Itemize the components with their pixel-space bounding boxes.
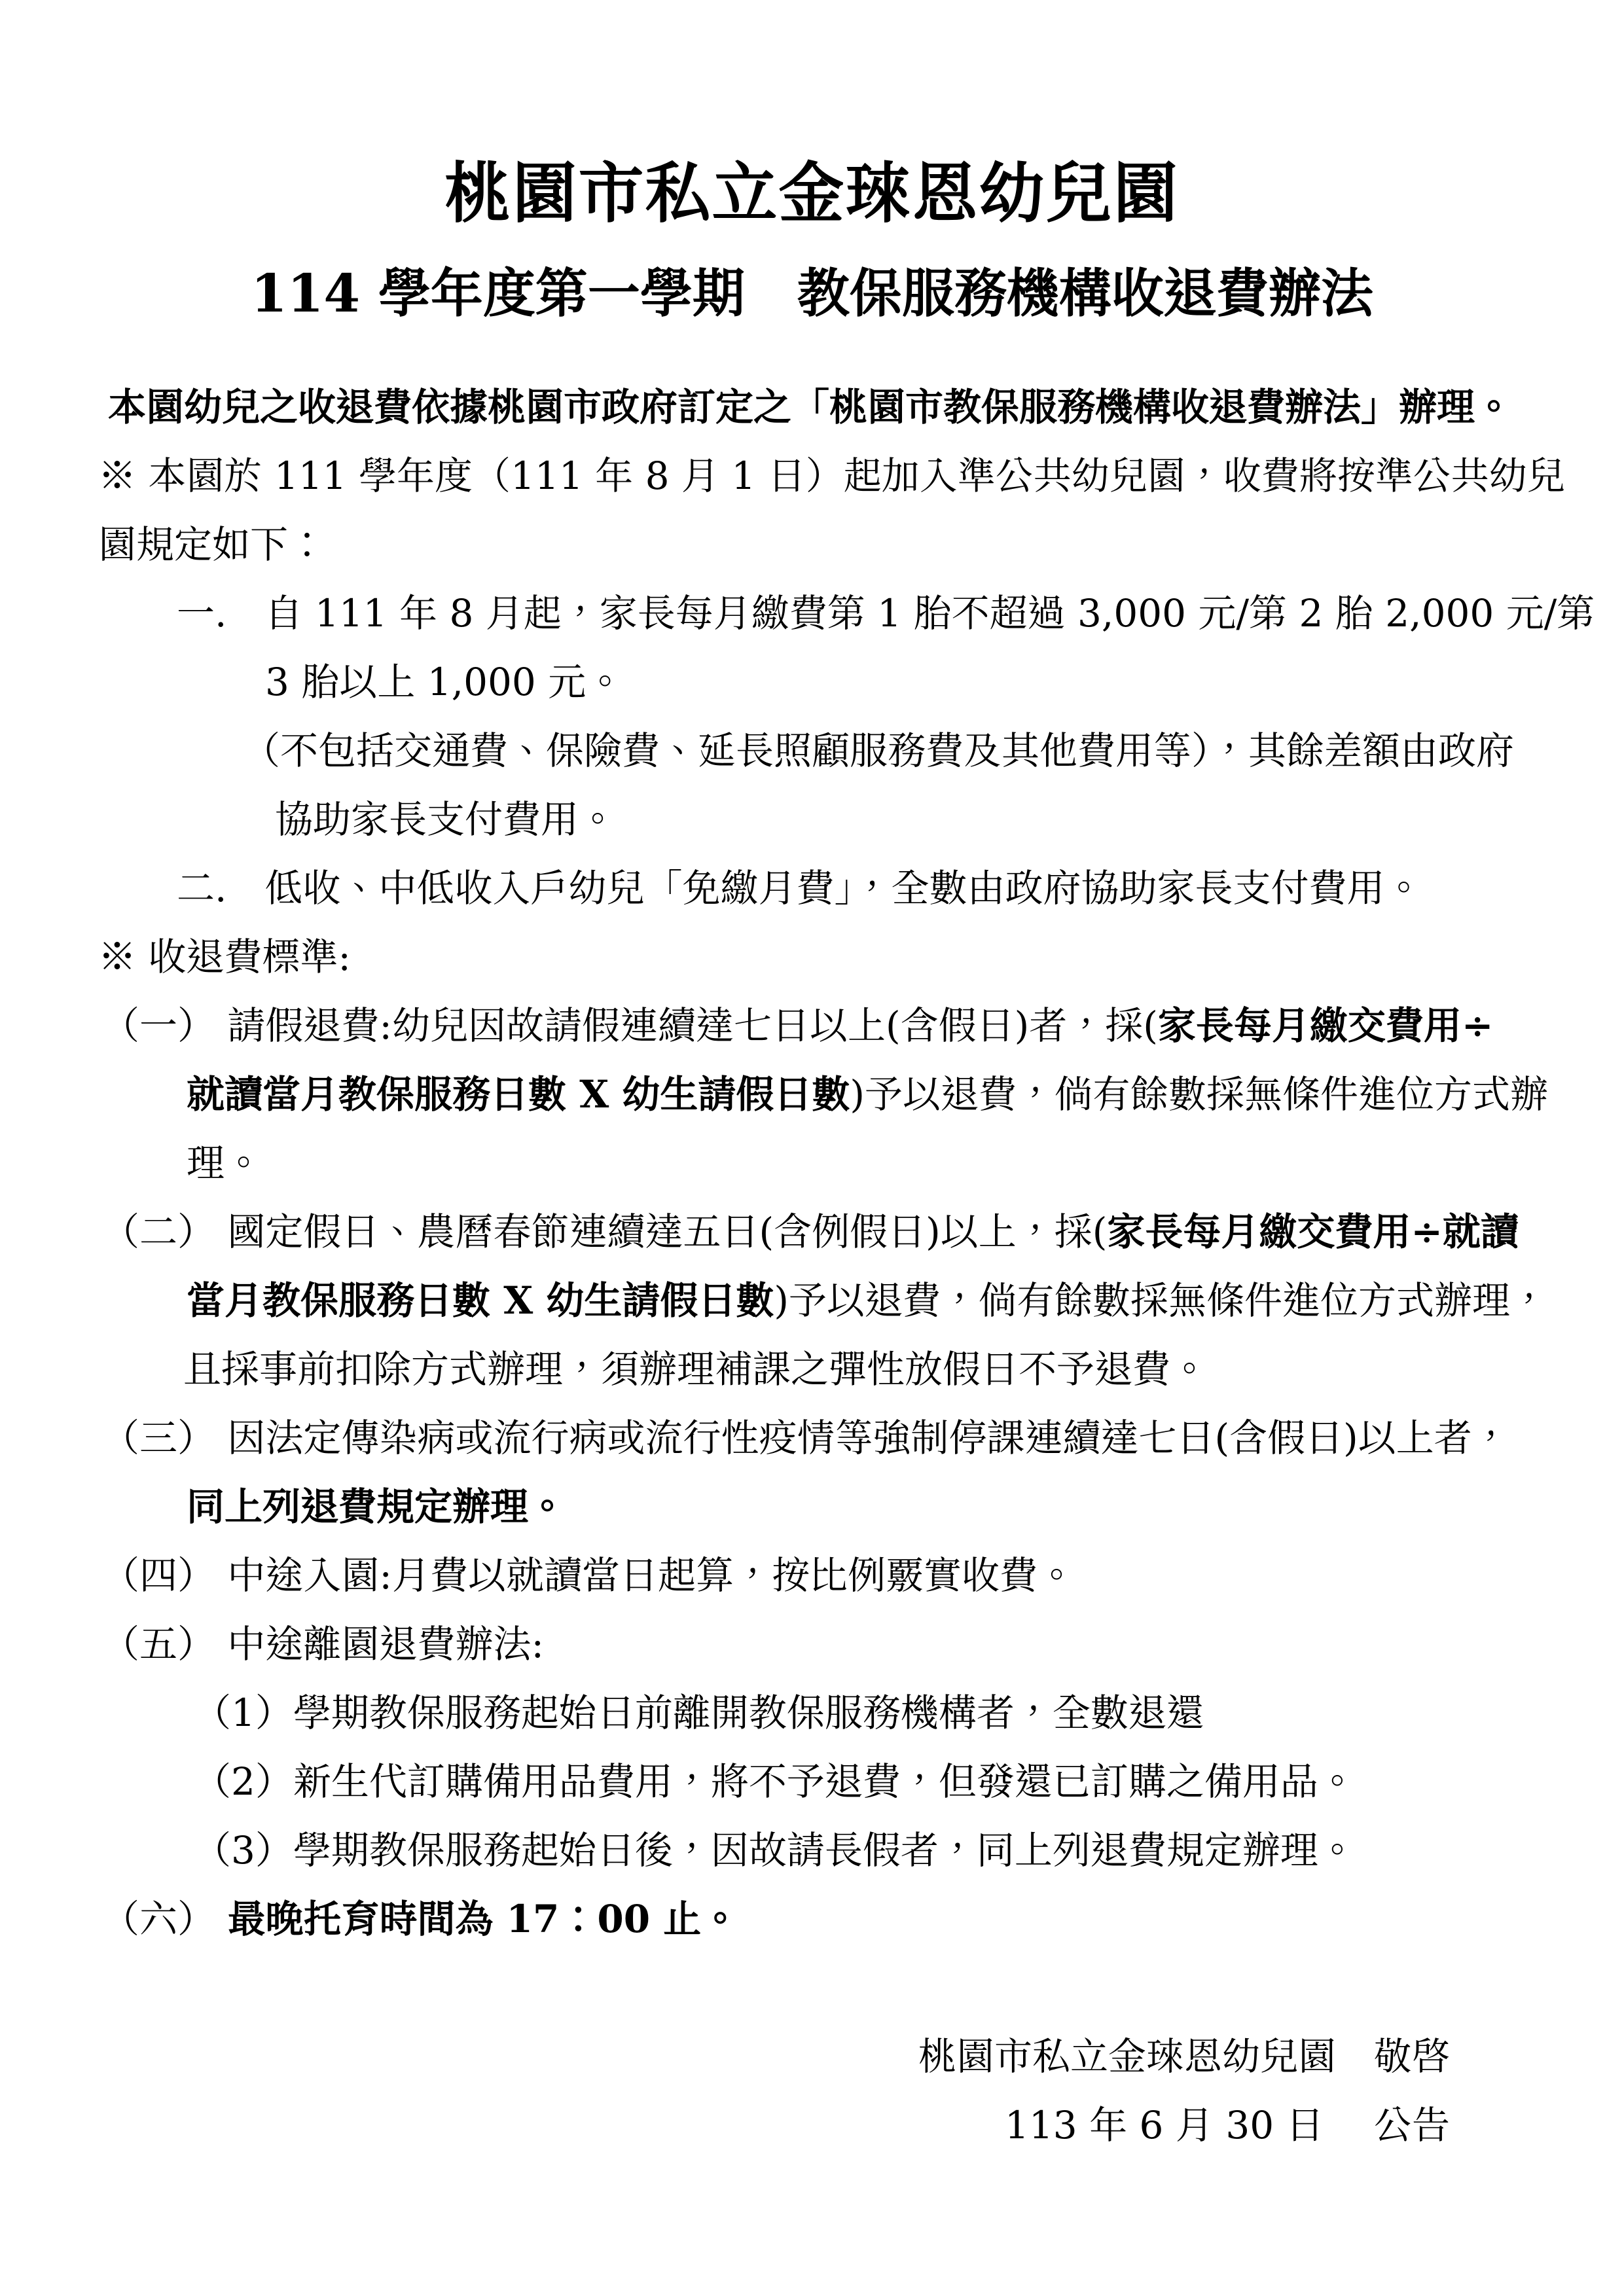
doc-line-rule2: （二） 國定假日、農曆春節連續達五日(含例假日)以上，採(家長每月繳交費用÷就讀: [98, 1198, 1526, 1266]
doc-line-item1-cont2: （不包括交通費、保險費、延長照顧服務費及其他費用等），其餘差額由政府: [98, 717, 1526, 785]
rule2-formula-end: 當月教保服務日數 X 幼生請假日數: [187, 1278, 774, 1323]
doc-line-note-public-cont: 園規定如下：: [98, 511, 1526, 579]
doc-line-rule5: （五） 中途離園退費辦法:: [98, 1610, 1526, 1679]
rule2-text-cont: )予以退費，倘有餘數採無條件進位方式辦理，: [774, 1278, 1548, 1323]
document-content: 桃園市私立金琜恩幼兒園 114 學年度第一學期 教保服務機構收退費辦法 本園幼兒…: [0, 151, 1624, 2160]
doc-line-item1-cont1: 3 胎以上 1,000 元。: [98, 648, 1526, 717]
doc-line-rule4: （四） 中途入園:月費以就讀當日起算，按比例覈實收費。: [98, 1541, 1526, 1610]
doc-line-rule5-sub3: （3）學期教保服務起始日後，因故請長假者，同上列退費規定辦理。: [98, 1816, 1526, 1885]
doc-line-item1-cont3: 協助家長支付費用。: [98, 785, 1526, 854]
rule1-text-cont: )予以退費，倘有餘數採無條件進位方式辦: [850, 1072, 1548, 1117]
intro-paragraph: 本園幼兒之收退費依據桃園市政府訂定之「桃園市教保服務機構收退費辦法」辦理。: [98, 373, 1526, 442]
document-page: 桃園市私立金琜恩幼兒園 114 學年度第一學期 教保服務機構收退費辦法 本園幼兒…: [0, 0, 1624, 2296]
doc-line-rule3-cont: 同上列退費規定辦理。: [98, 1473, 1526, 1541]
doc-line-rule5-sub2: （2）新生代訂購備用品費用，將不予退費，但發還已訂購之備用品。: [98, 1748, 1526, 1816]
doc-line-rule1-cont1: 就讀當月教保服務日數 X 幼生請假日數)予以退費，倘有餘數採無條件進位方式辦: [98, 1060, 1526, 1129]
doc-line-rule5-sub1: （1）學期教保服務起始日前離開教保服務機構者，全數退還: [98, 1679, 1526, 1748]
rule1-text: （一） 請假退費:幼兒因故請假連續達七日以上(含假日)者，採(: [101, 1003, 1158, 1048]
doc-line-rule2-cont1: 當月教保服務日數 X 幼生請假日數)予以退費，倘有餘數採無條件進位方式辦理，: [98, 1266, 1526, 1335]
rule2-formula-start: 家長每月繳交費用÷就讀: [1107, 1210, 1519, 1254]
footer-signature: 桃園市私立金琜恩幼兒園 敬啓: [98, 2022, 1526, 2091]
doc-line-standards-header: ※ 收退費標準:: [98, 923, 1526, 992]
doc-line-item2: 二. 低收、中低收入戶幼兒「免繳月費」，全數由政府協助家長支付費用。: [98, 854, 1526, 923]
doc-line-note-public: ※ 本園於 111 學年度（111 年 8 月 1 日）起加入準公共幼兒園，收費…: [98, 442, 1526, 511]
doc-line-rule1-cont2: 理。: [98, 1129, 1526, 1198]
rule1-formula-end: 就讀當月教保服務日數 X 幼生請假日數: [187, 1072, 850, 1117]
page-subtitle: 114 學年度第一學期 教保服務機構收退費辦法: [98, 260, 1526, 326]
document-body: 本園幼兒之收退費依據桃園市政府訂定之「桃園市教保服務機構收退費辦法」辦理。 ※ …: [98, 373, 1526, 2160]
rule6-text: 最晚托育時間為 17：00 止。: [227, 1897, 739, 1941]
doc-line-rule1: （一） 請假退費:幼兒因故請假連續達七日以上(含假日)者，採(家長每月繳交費用÷: [98, 992, 1526, 1060]
page-title: 桃園市私立金琜恩幼兒園: [98, 151, 1526, 236]
rule6-marker: （六）: [101, 1897, 227, 1941]
doc-line-rule6: （六） 最晚托育時間為 17：00 止。: [98, 1885, 1526, 1954]
doc-line-rule2-cont2: 且採事前扣除方式辦理，須辦理補課之彈性放假日不予退費。: [98, 1335, 1526, 1404]
doc-line-item1: 一. 自 111 年 8 月起，家長每月繳費第 1 胎不超過 3,000 元/第…: [98, 579, 1526, 648]
doc-line-rule3: （三） 因法定傳染病或流行病或流行性疫情等強制停課連續達七日(含假日)以上者，: [98, 1404, 1526, 1473]
blank-line: [98, 1954, 1526, 2022]
rule2-text: （二） 國定假日、農曆春節連續達五日(含例假日)以上，採(: [101, 1210, 1107, 1254]
footer-date: 113 年 6 月 30 日 公告: [98, 2091, 1526, 2160]
rule1-formula-start: 家長每月繳交費用÷: [1158, 1003, 1494, 1048]
